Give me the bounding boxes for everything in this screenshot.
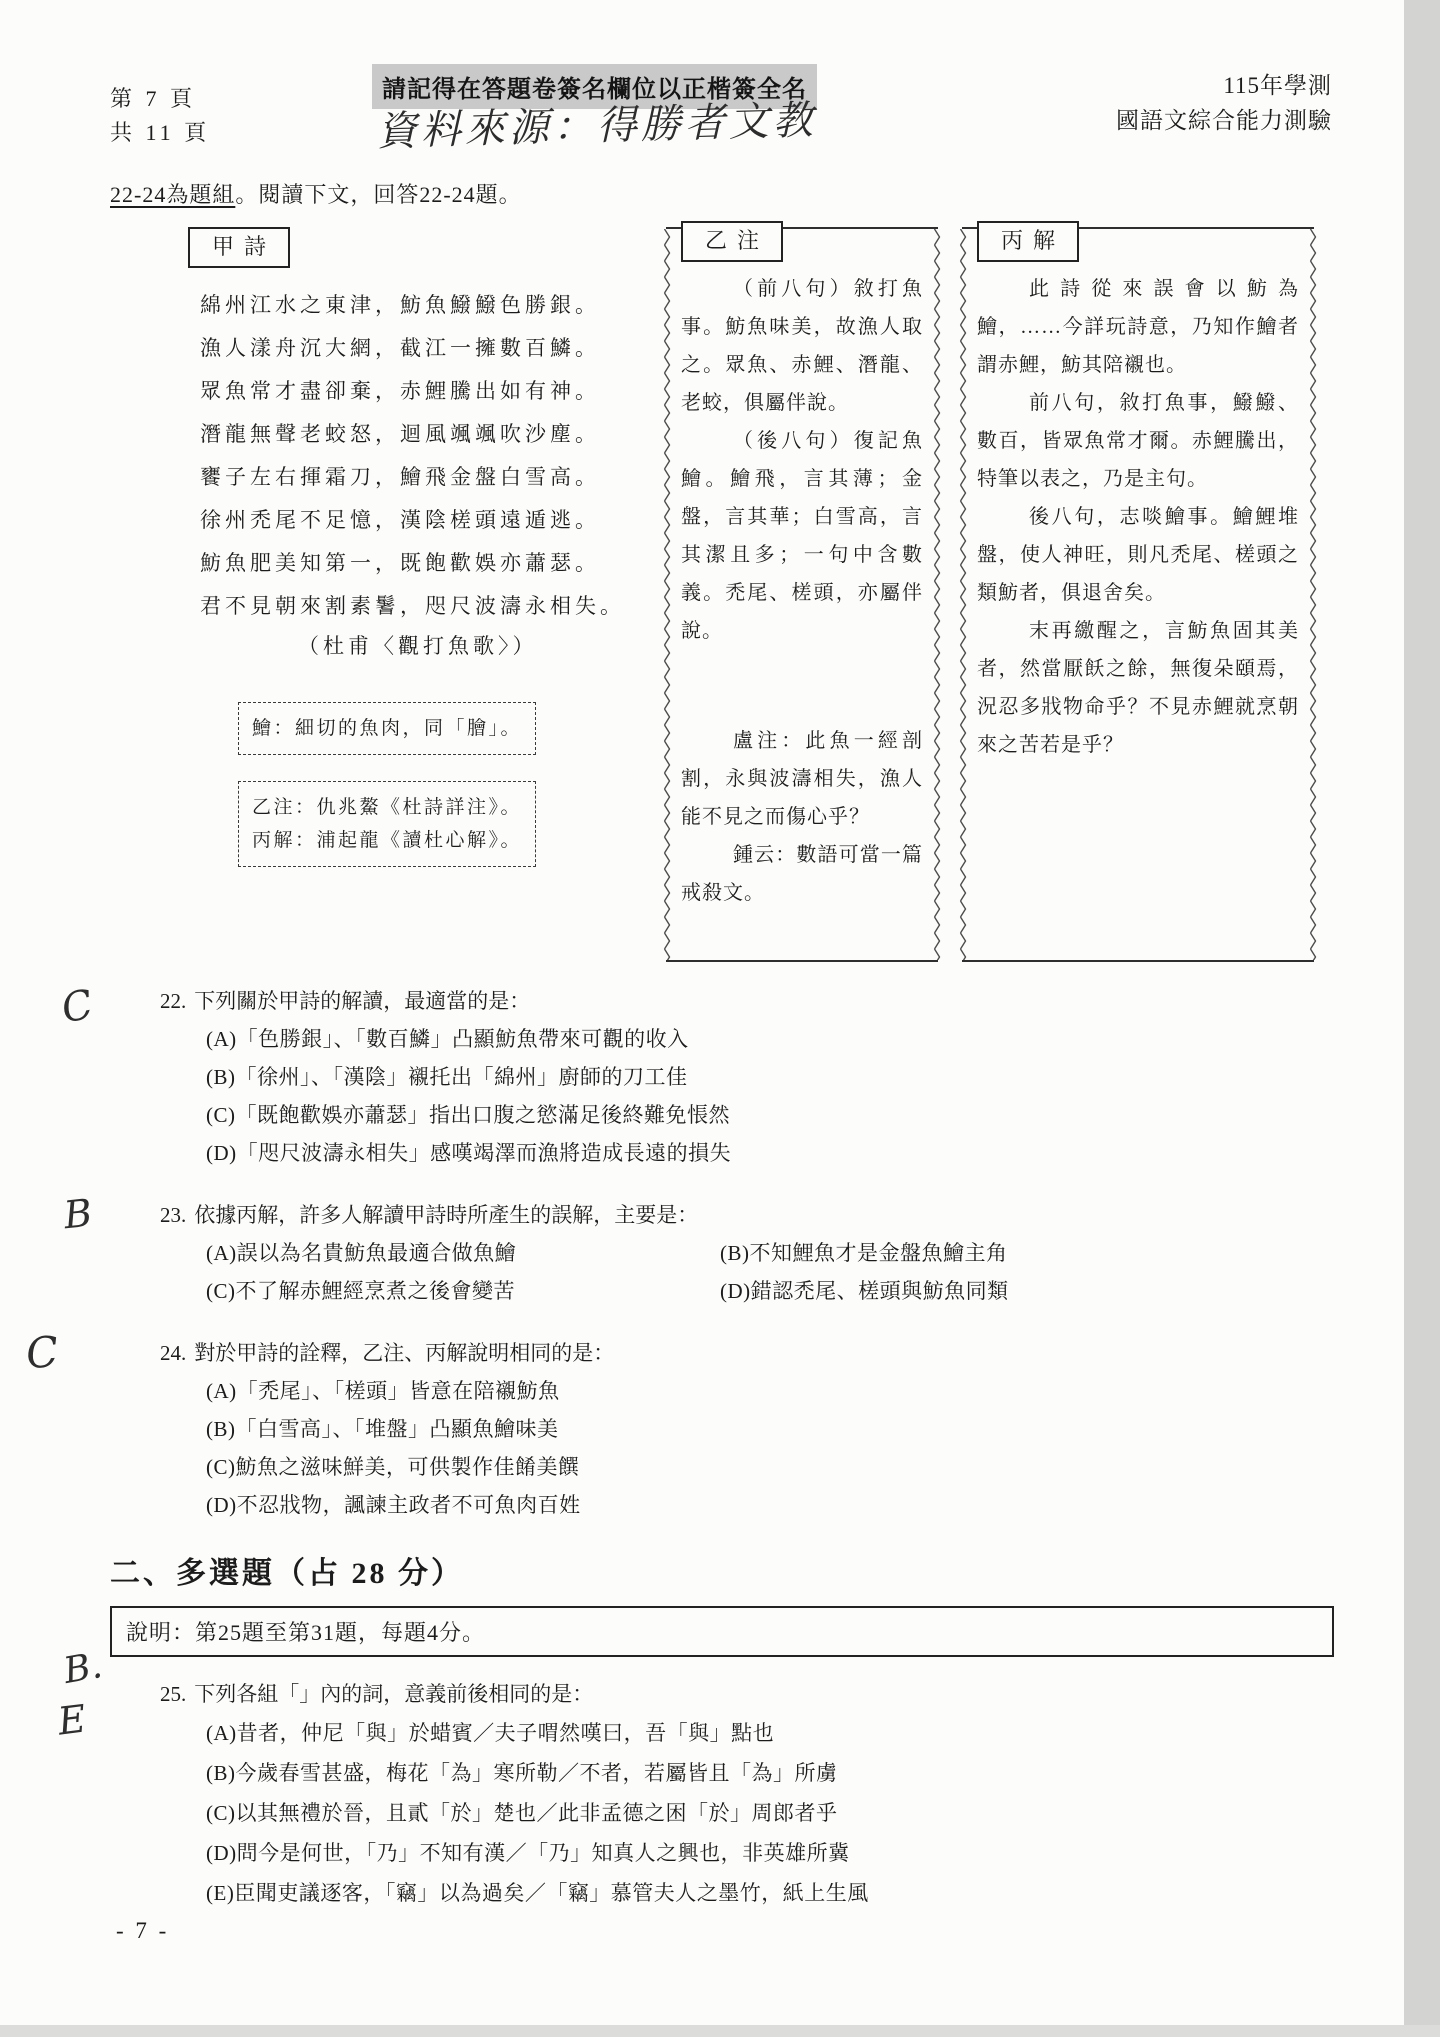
question-stem: 24.對於甲詩的詮釋，乙注、丙解說明相同的是： [160, 1334, 1334, 1372]
zigzag-border-left [958, 229, 968, 960]
page-number-info: 第 7 頁 共 11 頁 [110, 82, 210, 150]
zigzag-border-right [1308, 229, 1318, 960]
poem-line: 綿州江水之東津，魴魚鱍鱍色勝銀。 [200, 284, 640, 327]
option-b: (B)今歲春雪甚盛，梅花「為」寒所勒／不者，若屬皆且「為」所虜 [206, 1753, 1334, 1793]
bing-paragraph: 末再繳醒之，言魴魚固其美者，然當厭飫之餘，無復朵頤焉，況忍多戕物命乎？不見赤鯉就… [977, 612, 1299, 764]
option-b: (B)「白雪高」、「堆盤」凸顯魚鱠味美 [206, 1410, 1334, 1448]
question-23: 23.依據丙解，許多人解讀甲詩時所產生的誤解，主要是： (A)誤以為名貴魴魚最適… [160, 1196, 1334, 1310]
poem-line: 君不見朝來割素鬐，咫尺波濤永相失。 [200, 585, 640, 628]
poem-line: 漁人漾舟沉大網，截江一擁數百鱗。 [200, 327, 640, 370]
poem-line: 徐州禿尾不足憶，漢陰槎頭遠遁逃。 [200, 499, 640, 542]
options-list: (A)昔者，仲尼「與」於蜡賓／夫子喟然嘆曰，吾「與」點也 (B)今歲春雪甚盛，梅… [206, 1713, 1334, 1913]
option-a: (A)「色勝銀」、「數百鱗」凸顯魴魚帶來可觀的收入 [206, 1020, 1334, 1058]
option-c: (C)不了解赤鯉經烹煮之後會變苦 [206, 1272, 720, 1310]
bing-paragraph: 後八句，志啖鱠事。鱠鯉堆盤，使人神旺，則凡禿尾、槎頭之類魴者，俱退舍矣。 [977, 498, 1299, 612]
question-number: 23. [160, 1203, 186, 1227]
question-25: 25.下列各組「」內的詞，意義前後相同的是： (A)昔者，仲尼「與」於蜡賓／夫子… [160, 1675, 1334, 1913]
yi-paragraph: （前八句）敘打魚事。魴魚味美，故漁人取之。眾魚、赤鯉、潛龍、老蛟，俱屬伴說。 [681, 270, 923, 422]
yi-paragraph: 盧注：此魚一經剖割，永與波濤相失，漁人能不見之而傷心乎？ [681, 722, 923, 836]
handwritten-source-note: 資料來源：得勝者文教 [376, 88, 817, 156]
poem-line: 眾魚常才盡卻棄，赤鯉騰出如有神。 [200, 370, 640, 413]
yi-paragraph: （後八句）復記魚鱠。鱠飛，言其薄；金盤，言其華；白雪高，言其潔且多；一句中含數義… [681, 422, 923, 650]
option-a: (A)誤以為名貴魴魚最適合做魚鱠 [206, 1234, 720, 1272]
option-b: (B)「徐州」、「漢陰」襯托出「綿州」廚師的刀工佳 [206, 1058, 1334, 1096]
question-number: 25. [160, 1682, 186, 1706]
handwritten-answer-q23: B [62, 1191, 94, 1238]
options-list: (A)「禿尾」、「槎頭」皆意在陪襯魴魚 (B)「白雪高」、「堆盤」凸顯魚鱠味美 … [206, 1372, 1334, 1524]
passage-label-bing: 丙解 [977, 221, 1079, 262]
passage-label-jia-text: 甲詩 [212, 234, 276, 259]
option-a: (A)昔者，仲尼「與」於蜡賓／夫子喟然嘆曰，吾「與」點也 [206, 1713, 1334, 1753]
question-stem: 23.依據丙解，許多人解讀甲詩時所產生的誤解，主要是： [160, 1196, 1334, 1234]
bing-paragraph: 此詩從來誤會以魴為鱠，……今詳玩詩意，乃知作鱠者謂赤鯉，魴其陪襯也。 [977, 270, 1299, 384]
option-e: (E)臣聞吏議逐客，「竊」以為過矣／「竊」慕管夫人之墨竹，紙上生風 [206, 1873, 1334, 1913]
option-d: (D)問今是何世，「乃」不知有漢／「乃」知真人之興也，非英雄所冀 [206, 1833, 1334, 1873]
question-22: 22.下列關於甲詩的解讀，最適當的是： (A)「色勝銀」、「數百鱗」凸顯魴魚帶來… [160, 982, 1334, 1172]
poem-line: 魴魚肥美知第一，既飽歡娛亦蕭瑟。 [200, 542, 640, 585]
passage-label-yi-text: 乙注 [705, 228, 769, 253]
bing-paragraph: 前八句，敘打魚事，鱍鱍、數百，皆眾魚常才爾。赤鯉騰出，特筆以表之，乃是主句。 [977, 384, 1299, 498]
gloss-note-box: 鱠：細切的魚肉，同「膾」。 [238, 702, 536, 755]
intro-underlined: 22-24為題組 [110, 182, 235, 207]
option-d: (D)錯認禿尾、槎頭與魴魚同類 [720, 1272, 1334, 1310]
yi-paragraph: 鍾云：數語可當一篇戒殺文。 [681, 836, 923, 912]
passage-columns: 甲詩 綿州江水之東津，魴魚鱍鱍色勝銀。 漁人漾舟沉大網，截江一擁數百鱗。 眾魚常… [150, 227, 1334, 962]
section-2-title: 二、多選題（占 28 分） [110, 1548, 1334, 1592]
footer-page-number: - 7 - [116, 1918, 169, 1944]
passage-jia: 甲詩 綿州江水之東津，魴魚鱍鱍色勝銀。 漁人漾舟沉大網，截江一擁數百鱗。 眾魚常… [150, 227, 640, 962]
question-stem-text: 對於甲詩的詮釋，乙注、丙解說明相同的是： [194, 1341, 614, 1365]
source-note-box: 乙注：仇兆鰲《杜詩詳注》。 丙解：浦起龍《讀杜心解》。 [238, 781, 536, 867]
scan-edge-bottom [0, 2025, 1440, 2037]
poem-attribution: （杜甫〈觀打魚歌〉） [298, 630, 640, 660]
exam-title: 115年學測 國語文綜合能力測驗 [1116, 68, 1332, 138]
question-number: 22. [160, 989, 186, 1013]
question-stem: 22.下列關於甲詩的解讀，最適當的是： [160, 982, 1334, 1020]
question-stem-text: 依據丙解，許多人解讀甲詩時所產生的誤解，主要是： [194, 1203, 698, 1227]
questions-section: 22.下列關於甲詩的解讀，最適當的是： (A)「色勝銀」、「數百鱗」凸顯魴魚帶來… [110, 982, 1334, 1913]
exam-page: 第 7 頁 共 11 頁 請記得在答題卷簽名欄位以正楷簽全名 資料來源：得勝者文… [0, 0, 1440, 2037]
question-stem-text: 下列各組「」內的詞，意義前後相同的是： [194, 1682, 593, 1706]
option-c: (C)「既飽歡娛亦蕭瑟」指出口腹之慾滿足後終難免悵然 [206, 1096, 1334, 1134]
option-c: (C)以其無禮於晉，且貳「於」楚也／此非孟德之困「於」周郎者乎 [206, 1793, 1334, 1833]
poem-line: 潛龍無聲老蛟怒，迴風颯颯吹沙塵。 [200, 413, 640, 456]
poem-line: 饔子左右揮霜刀，鱠飛金盤白雪高。 [200, 456, 640, 499]
question-stem-text: 下列關於甲詩的解讀，最適當的是： [194, 989, 530, 1013]
zigzag-border-right [932, 229, 942, 960]
source-note-line: 乙注：仇兆鰲《杜詩詳注》。 [252, 791, 522, 824]
question-24: 24.對於甲詩的詮釋，乙注、丙解說明相同的是： (A)「禿尾」、「槎頭」皆意在陪… [160, 1334, 1334, 1524]
handwritten-answer-q25-e: E [55, 1696, 88, 1743]
poem: 綿州江水之東津，魴魚鱍鱍色勝銀。 漁人漾舟沉大網，截江一擁數百鱗。 眾魚常才盡卻… [200, 284, 640, 628]
main-content: 22-24為題組。閱讀下文，回答22-24題。 甲詩 綿州江水之東津，魴魚鱍鱍色… [110, 178, 1334, 1937]
source-note-line: 丙解：浦起龍《讀杜心解》。 [252, 824, 522, 857]
option-b: (B)不知鯉魚才是金盤魚鱠主角 [720, 1234, 1334, 1272]
option-d: (D)「咫尺波濤永相失」感嘆竭澤而漁將造成長遠的損失 [206, 1134, 1334, 1172]
exam-year: 115年學測 [1116, 68, 1332, 103]
page-number-line: 第 7 頁 [110, 82, 210, 116]
handwritten-answer-q22: C [58, 981, 98, 1032]
question-stem: 25.下列各組「」內的詞，意義前後相同的是： [160, 1675, 1334, 1713]
options-list: (A)誤以為名貴魴魚最適合做魚鱠 (B)不知鯉魚才是金盤魚鱠主角 (C)不了解赤… [206, 1234, 1334, 1310]
passage-bing: 丙解 此詩從來誤會以魴為鱠，……今詳玩詩意，乃知作鱠者謂赤鯉，魴其陪襯也。 前八… [962, 227, 1314, 962]
scan-edge-right [1404, 0, 1440, 2037]
option-d: (D)不忍戕物，諷諫主政者不可魚肉百姓 [206, 1486, 1334, 1524]
section-2-instruction-box: 說明：第25題至第31題，每題4分。 [110, 1606, 1334, 1657]
handwritten-answer-q24: C [24, 1327, 60, 1379]
intro-rest: 。閱讀下文，回答22-24題。 [235, 182, 521, 207]
passage-yi: 乙注 （前八句）敘打魚事。魴魚味美，故漁人取之。眾魚、赤鯉、潛龍、老蛟，俱屬伴說… [666, 227, 938, 962]
passage-label-bing-text: 丙解 [1001, 228, 1065, 253]
option-c: (C)魴魚之滋味鮮美，可供製作佳餚美饌 [206, 1448, 1334, 1486]
exam-name: 國語文綜合能力測驗 [1116, 103, 1332, 138]
paragraph-gap [681, 650, 923, 722]
question-number: 24. [160, 1341, 186, 1365]
handwritten-answer-q25-b: B. [61, 1645, 105, 1692]
total-pages-line: 共 11 頁 [110, 116, 210, 150]
question-group-intro: 22-24為題組。閱讀下文，回答22-24題。 [110, 178, 1334, 209]
passage-label-jia: 甲詩 [188, 227, 290, 268]
zigzag-border-left [662, 229, 672, 960]
passage-label-yi: 乙注 [681, 221, 783, 262]
option-a: (A)「禿尾」、「槎頭」皆意在陪襯魴魚 [206, 1372, 1334, 1410]
options-list: (A)「色勝銀」、「數百鱗」凸顯魴魚帶來可觀的收入 (B)「徐州」、「漢陰」襯托… [206, 1020, 1334, 1172]
